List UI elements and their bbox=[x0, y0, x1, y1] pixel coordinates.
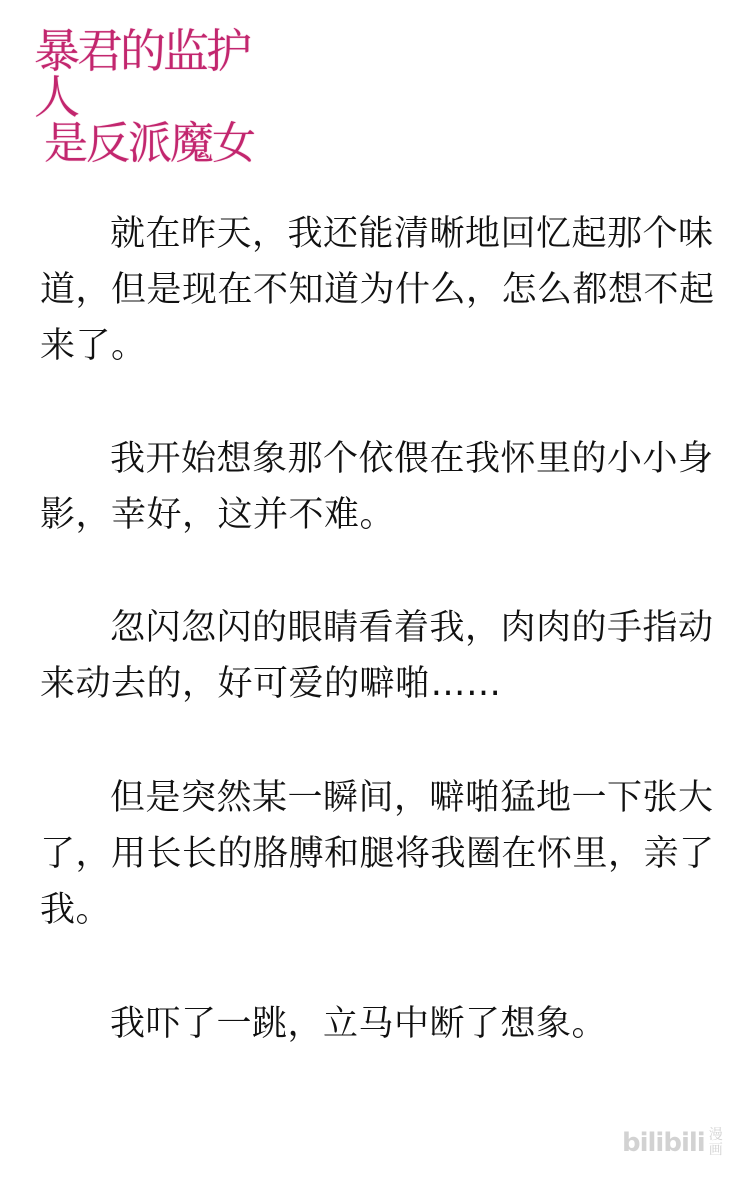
paragraph-2: 我开始想象那个依偎在我怀里的小小身影，幸好，这并不难。 bbox=[40, 431, 730, 543]
comic-title-logo: 暴君的监护人 是反派魔女 bbox=[34, 28, 274, 166]
paragraph-3: 忽闪忽闪的眼睛看着我，肉肉的手指动来动去的，好可爱的噼啪…… bbox=[40, 600, 730, 712]
paragraph-5: 我吓了一跳，立马中断了想象。 bbox=[40, 996, 730, 1052]
paragraph-1: 就在昨天，我还能清晰地回忆起那个味道，但是现在不知道为什么，怎么都想不起来了。 bbox=[40, 206, 730, 374]
bilibili-manga-watermark: bilibili 漫画 bbox=[622, 1128, 725, 1158]
story-text: 就在昨天，我还能清晰地回忆起那个味道，但是现在不知道为什么，怎么都想不起来了。 … bbox=[40, 206, 730, 1052]
paragraph-4: 但是突然某一瞬间，噼啪猛地一下张大了，用长长的胳膊和腿将我圈在怀里，亲了我。 bbox=[40, 770, 730, 938]
watermark-brand: bilibili bbox=[622, 1128, 705, 1158]
logo-title-line2: 是反派魔女 bbox=[44, 122, 274, 166]
logo-title-line1: 暴君的监护人 bbox=[34, 28, 274, 120]
watermark-sub: 漫画 bbox=[709, 1128, 725, 1158]
